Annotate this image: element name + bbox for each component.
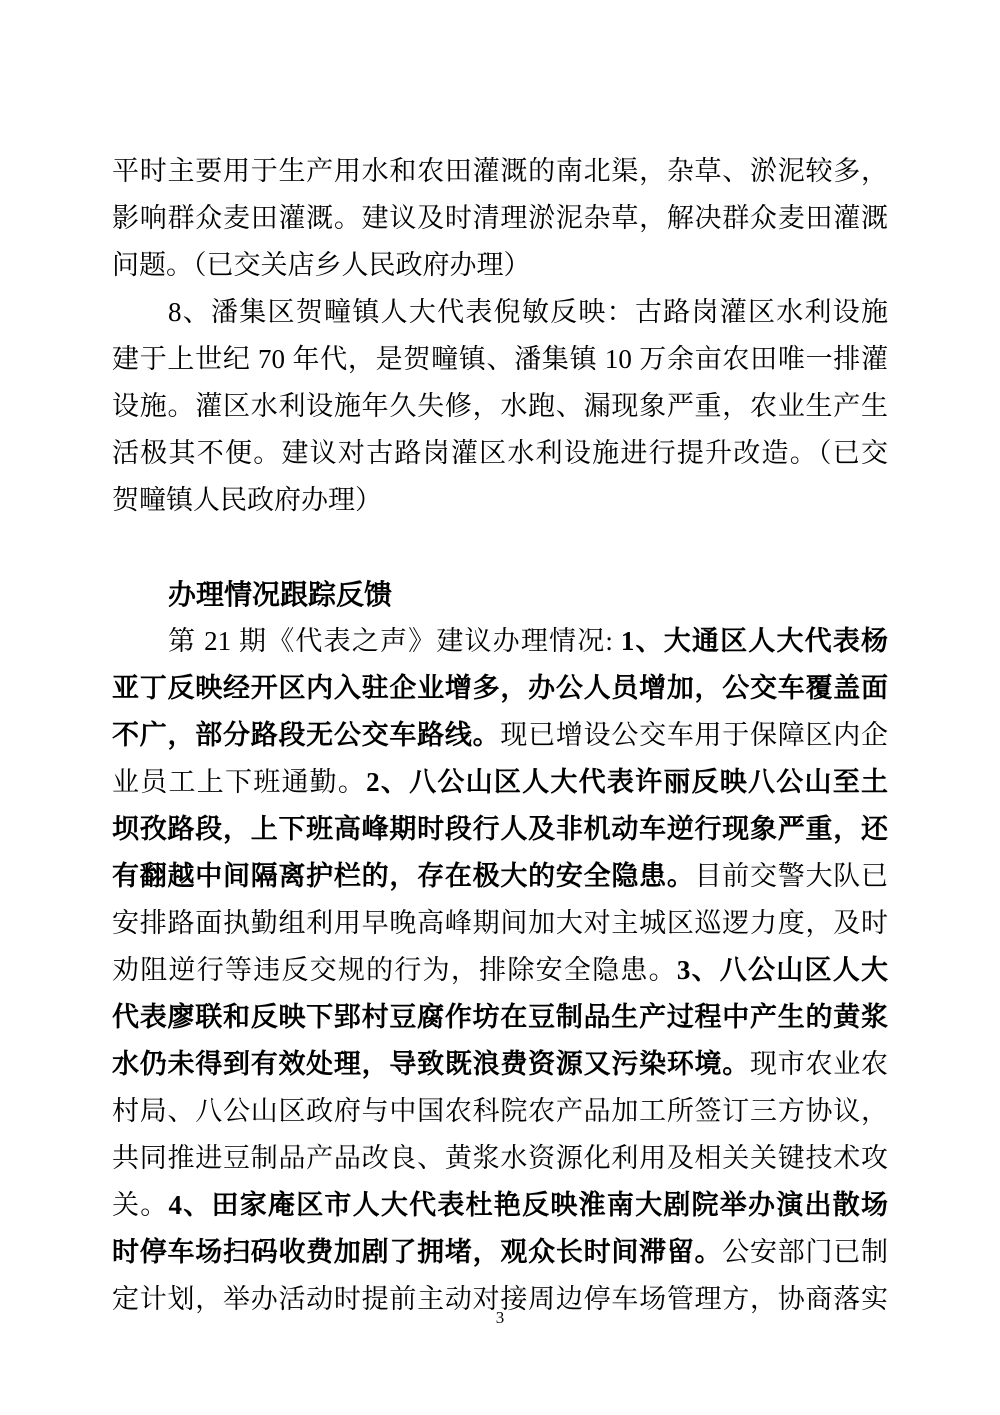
text-segment: 平时主要用于生产用水和农田灌溉的南北渠，杂草、淤泥较多， — [112, 156, 888, 186]
text-line: 共同推进豆制品产品改良、黄浆水资源化利用及相关关键技术攻 — [112, 1135, 888, 1182]
text-line: 活极其不便。建议对古路岗灌区水利设施进行提升改造。（已交 — [112, 430, 888, 477]
text-segment: 8、潘集区贺疃镇人大代表倪敏反映：古路岗灌区水利设施 — [168, 297, 888, 327]
bold-text-segment: 有翻越中间隔离护栏的，存在极大的安全隐患。 — [112, 861, 695, 891]
text-line: 问题。（已交关店乡人民政府办理） — [112, 242, 888, 289]
bold-text-segment: 水仍未得到有效处理，导致既浪费资源又污染环境。 — [112, 1049, 750, 1079]
text-segment: 村局、八公山区政府与中国农科院农产品加工所签订三方协议， — [112, 1096, 888, 1126]
text-line: 影响群众麦田灌溉。建议及时清理淤泥杂草，解决群众麦田灌溉 — [112, 195, 888, 242]
bold-text-segment: 坝孜路段，上下班高峰期时段行人及非机动车逆行现象严重，还 — [112, 814, 888, 844]
text-segment: 现已增设公交车用于保障区内企 — [500, 720, 888, 750]
bold-text-segment: 代表廖联和反映下郢村豆腐作坊在豆制品生产过程中产生的黄浆 — [112, 1002, 888, 1032]
text-line: 设施。灌区水利设施年久失修，水跑、漏现象严重，农业生产生 — [112, 383, 888, 430]
bold-text-segment: 1、大通区人大代表杨 — [621, 626, 888, 656]
text-segment: 关。 — [112, 1190, 168, 1220]
text-segment: 共同推进豆制品产品改良、黄浆水资源化利用及相关关键技术攻 — [112, 1143, 888, 1173]
bold-text-segment: 2、八公山区人大代表许丽反映八公山至土 — [366, 767, 888, 797]
text-segment: 第 21 期《代表之声》建议办理情况: — [168, 626, 621, 656]
text-segment: 目前交警大队已 — [695, 861, 888, 891]
text-line: 平时主要用于生产用水和农田灌溉的南北渠，杂草、淤泥较多， — [112, 148, 888, 195]
text-segment: 影响群众麦田灌溉。建议及时清理淤泥杂草，解决群众麦田灌溉 — [112, 203, 888, 233]
text-line: 建于上世纪 70 年代，是贺疃镇、潘集镇 10 万余亩农田唯一排灌 — [112, 336, 888, 383]
text-line: 不广，部分路段无公交车路线。现已增设公交车用于保障区内企 — [112, 712, 888, 759]
blank-line — [112, 524, 888, 571]
text-segment: 安排路面执勤组利用早晚高峰期间加大对主城区巡逻力度，及时 — [112, 908, 888, 938]
bold-text-segment: 3、八公山区人大 — [677, 955, 888, 985]
text-line: 代表廖联和反映下郢村豆腐作坊在豆制品生产过程中产生的黄浆 — [112, 994, 888, 1041]
text-segment: 贺疃镇人民政府办理） — [112, 485, 382, 515]
text-segment: 设施。灌区水利设施年久失修，水跑、漏现象严重，农业生产生 — [112, 391, 888, 421]
text-segment: 公安部门已制 — [722, 1237, 888, 1267]
text-line: 水仍未得到有效处理，导致既浪费资源又污染环境。现市农业农 — [112, 1041, 888, 1088]
document-page: 平时主要用于生产用水和农田灌溉的南北渠，杂草、淤泥较多，影响群众麦田灌溉。建议及… — [0, 0, 1000, 1415]
text-line: 贺疃镇人民政府办理） — [112, 477, 888, 524]
text-line: 村局、八公山区政府与中国农科院农产品加工所签订三方协议， — [112, 1088, 888, 1135]
text-segment: 活极其不便。建议对古路岗灌区水利设施进行提升改造。（已交 — [112, 438, 888, 468]
page-number: 3 — [0, 1303, 1000, 1333]
text-line: 业员工上下班通勤。2、八公山区人大代表许丽反映八公山至土 — [112, 759, 888, 806]
text-segment: 业员工上下班通勤。 — [112, 767, 366, 797]
text-line: 有翻越中间隔离护栏的，存在极大的安全隐患。目前交警大队已 — [112, 853, 888, 900]
text-segment: 劝阻逆行等违反交规的行为，排除安全隐患。 — [112, 955, 677, 985]
bold-text-segment: 办理情况跟踪反馈 — [168, 579, 392, 610]
text-segment: 现市农业农 — [750, 1049, 888, 1079]
text-line: 劝阻逆行等违反交规的行为，排除安全隐患。3、八公山区人大 — [112, 947, 888, 994]
text-segment: 问题。（已交关店乡人民政府办理） — [112, 250, 531, 280]
text-line: 坝孜路段，上下班高峰期时段行人及非机动车逆行现象严重，还 — [112, 806, 888, 853]
text-line: 关。4、田家庵区市人大代表杜艳反映淮南大剧院举办演出散场 — [112, 1182, 888, 1229]
text-line: 时停车场扫码收费加剧了拥堵，观众长时间滞留。公安部门已制 — [112, 1229, 888, 1276]
text-line: 亚丁反映经开区内入驻企业增多，办公人员增加，公交车覆盖面 — [112, 665, 888, 712]
section-heading: 办理情况跟踪反馈 — [112, 571, 888, 618]
bold-text-segment: 亚丁反映经开区内入驻企业增多，办公人员增加，公交车覆盖面 — [112, 673, 888, 703]
bold-text-segment: 不广，部分路段无公交车路线。 — [112, 720, 500, 750]
bold-text-segment: 4、田家庵区市人大代表杜艳反映淮南大剧院举办演出散场 — [168, 1190, 888, 1220]
text-segment: 建于上世纪 70 年代，是贺疃镇、潘集镇 10 万余亩农田唯一排灌 — [112, 344, 888, 374]
bold-text-segment: 时停车场扫码收费加剧了拥堵，观众长时间滞留。 — [112, 1237, 722, 1267]
text-line: 第 21 期《代表之声》建议办理情况: 1、大通区人大代表杨 — [112, 618, 888, 665]
text-line: 8、潘集区贺疃镇人大代表倪敏反映：古路岗灌区水利设施 — [112, 289, 888, 336]
document-body: 平时主要用于生产用水和农田灌溉的南北渠，杂草、淤泥较多，影响群众麦田灌溉。建议及… — [112, 148, 888, 1323]
text-line: 安排路面执勤组利用早晚高峰期间加大对主城区巡逻力度，及时 — [112, 900, 888, 947]
